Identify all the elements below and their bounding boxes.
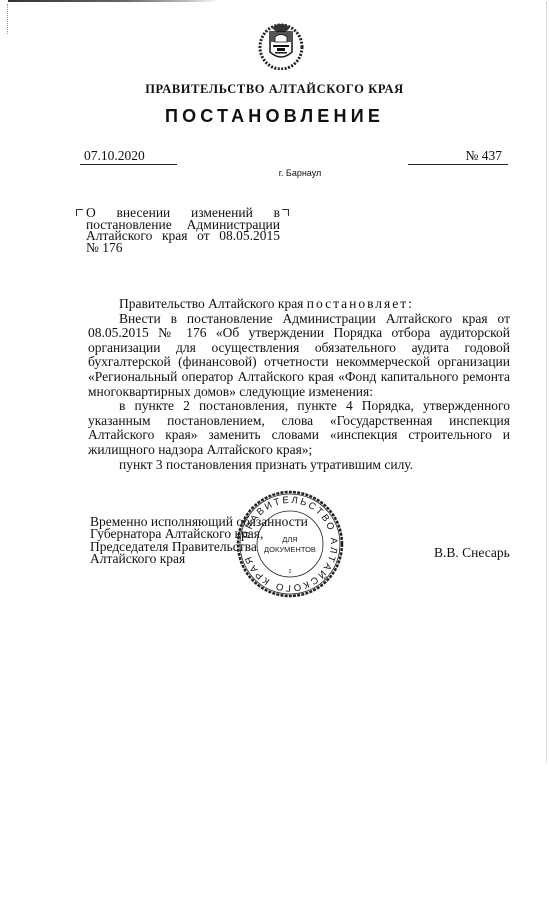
coat-of-arms-icon (258, 20, 304, 70)
seal-ring-text: ПРАВИТЕЛЬСТВО АЛТАЙСКОГО КРАЯ (241, 495, 339, 593)
seal-center-line1: ДЛЯ (282, 535, 297, 544)
subject-line: № 176 (86, 242, 280, 254)
scan-edge-artifact (8, 0, 218, 2)
document-body: Правительство Алтайского края постановля… (88, 297, 510, 472)
document-subject: О внесении изменений в постановление Адм… (86, 207, 280, 253)
official-seal-icon: ПРАВИТЕЛЬСТВО АЛТАЙСКОГО КРАЯ ДЛЯ ДОКУМЕ… (235, 489, 345, 599)
signatory-name: В.В. Снесарь (434, 545, 510, 561)
intro-text: Правительство Алтайского края (119, 296, 307, 311)
document-city: г. Барнаул (0, 168, 549, 178)
intro-resolves: постановляет: (307, 296, 414, 311)
resolution-intro: Правительство Алтайского края постановля… (88, 297, 510, 312)
organization-title: ПРАВИТЕЛЬСТВО АЛТАЙСКОГО КРАЯ (0, 82, 549, 97)
document-date: 07.10.2020 (80, 148, 177, 165)
seal-number: 2 (289, 569, 292, 575)
body-paragraph: Внести в постановление Администрации Алт… (88, 312, 510, 400)
document-number: № 437 (408, 148, 508, 165)
scan-edge-left (7, 4, 9, 34)
document-type-title: ПОСТАНОВЛЕНИЕ (0, 106, 549, 127)
subject-corner-mark-left (76, 209, 83, 216)
subject-corner-mark-right (282, 209, 289, 216)
seal-center-line2: ДОКУМЕНТОВ (264, 545, 316, 554)
body-paragraph: в пункте 2 постановления, пункте 4 Поряд… (88, 399, 510, 457)
body-paragraph: пункт 3 постановления признать утративши… (88, 458, 510, 473)
svg-text:ПРАВИТЕЛЬСТВО АЛТАЙСКОГО КРАЯ: ПРАВИТЕЛЬСТВО АЛТАЙСКОГО КРАЯ (241, 495, 339, 593)
